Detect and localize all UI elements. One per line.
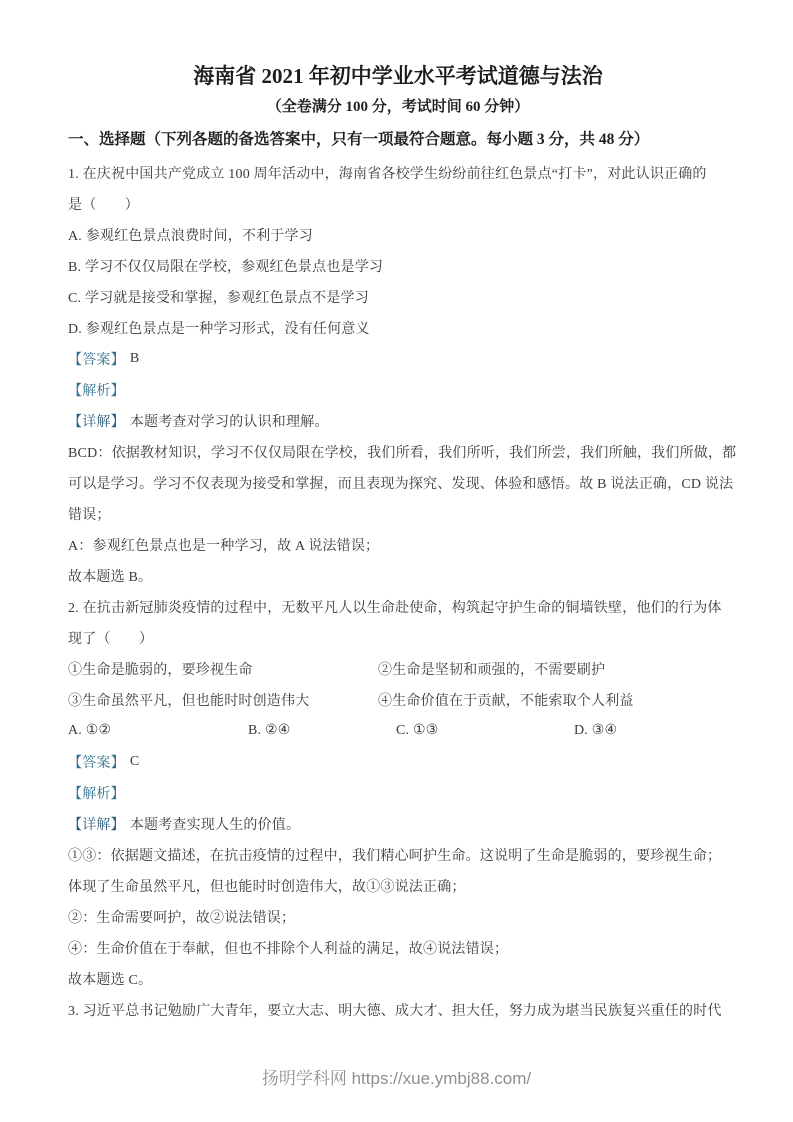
document-text-line: 可以是学习。学习不仅表现为接受和掌握，而且表现为探究、发现、体验和感悟。故 B … [68,467,728,498]
bracket-tag: 【答案】 [68,752,125,772]
bracket-tag: 【解析】 [68,380,125,400]
two-column-options-line: ③生命虽然平凡，但也能时时创造伟大④生命价值在于贡献，不能索取个人利益 [68,684,728,715]
option-item: ②生命是坚韧和顽强的，不需要刷护 [378,659,605,679]
document-text-line: B. 学习不仅仅局限在学校，参观红色景点也是学习 [68,250,728,281]
bracket-tag: 【详解】 [68,814,125,834]
exam-document-page: 海南省 2021 年初中学业水平考试道德与法治 （全卷满分 100 分，考试时间… [0,0,793,1122]
document-text-line: 1. 在庆祝中国共产党成立 100 周年活动中，海南省各校学生纷纷前往红色景点“… [68,157,728,188]
choice-item: B. ②④ [248,722,396,739]
tag-content: C [130,754,140,770]
footer-url: https://xue.ymbj88.com/ [352,1069,532,1088]
document-content: 海南省 2021 年初中学业水平考试道德与法治 （全卷满分 100 分，考试时间… [68,60,728,1025]
analysis-line: 【解析】 [68,777,728,808]
bracket-tag: 【详解】 [68,411,125,431]
two-column-options-line: ①生命是脆弱的，要珍视生命②生命是坚韧和顽强的，不需要刷护 [68,653,728,684]
detail-line: 【详解】本题考查对学习的认识和理解。 [68,405,728,436]
document-text-line: ②：生命需要呵护，故②说法错误； [68,901,728,932]
document-text-line: 故本题选 C。 [68,963,728,994]
tag-content: B [130,351,140,367]
option-item: ①生命是脆弱的，要珍视生命 [68,659,378,679]
analysis-line: 【解析】 [68,374,728,405]
document-text-line: 错误； [68,498,728,529]
document-text-line: C. 学习就是接受和掌握，参观红色景点不是学习 [68,281,728,312]
page-title: 海南省 2021 年初中学业水平考试道德与法治 [68,60,728,92]
option-item: ④生命价值在于贡献，不能索取个人利益 [378,690,634,710]
footer-site-name: 扬明学科网 [262,1069,347,1088]
bracket-tag: 【答案】 [68,349,125,369]
choice-item: D. ③④ [574,722,617,739]
bracket-tag: 【解析】 [68,783,125,803]
tag-content: 本题考查对学习的认识和理解。 [130,411,329,431]
document-text-line: ④：生命价值在于奉献，但也不排除个人利益的满足，故④说法错误； [68,932,728,963]
document-text-line: 故本题选 B。 [68,560,728,591]
document-text-line: A. 参观红色景点浪费时间，不利于学习 [68,219,728,250]
answer-line: 【答案】C [68,746,728,777]
section-heading: 一、选择题（下列各题的备选答案中，只有一项最符合题意。每小题 3 分，共 48 … [68,125,728,155]
page-subtitle: （全卷满分 100 分，考试时间 60 分钟） [68,92,728,122]
choice-item: C. ①③ [396,722,574,739]
tag-content: 本题考查实现人生的价值。 [130,814,300,834]
document-text-line: BCD：依据教材知识，学习不仅仅局限在学校，我们所看，我们所听，我们所尝，我们所… [68,436,728,467]
document-text-line: 2. 在抗击新冠肺炎疫情的过程中，无数平凡人以生命赴使命，构筑起守护生命的铜墙铁… [68,591,728,622]
footer-watermark: 扬明学科网 https://xue.ymbj88.com/ [0,1066,793,1092]
document-text-line: 是（ ） [68,188,728,219]
option-item: ③生命虽然平凡，但也能时时创造伟大 [68,690,378,710]
document-lines: 1. 在庆祝中国共产党成立 100 周年活动中，海南省各校学生纷纷前往红色景点“… [68,157,728,1025]
document-text-line: 3. 习近平总书记勉励广大青年，要立大志、明大德、成大才、担大任，努力成为堪当民… [68,994,728,1025]
document-text-line: 体现了生命虽然平凡，但也能时时创造伟大，故①③说法正确； [68,870,728,901]
choices-row: A. ①②B. ②④C. ①③D. ③④ [68,715,728,746]
answer-line: 【答案】B [68,343,728,374]
document-text-line: 现了（ ） [68,622,728,653]
document-text-line: A：参观红色景点也是一种学习，故 A 说法错误； [68,529,728,560]
choice-item: A. ①② [68,722,248,739]
document-text-line: D. 参观红色景点是一种学习形式，没有任何意义 [68,312,728,343]
document-text-line: ①③：依据题文描述，在抗击疫情的过程中，我们精心呵护生命。这说明了生命是脆弱的，… [68,839,728,870]
detail-line: 【详解】本题考查实现人生的价值。 [68,808,728,839]
